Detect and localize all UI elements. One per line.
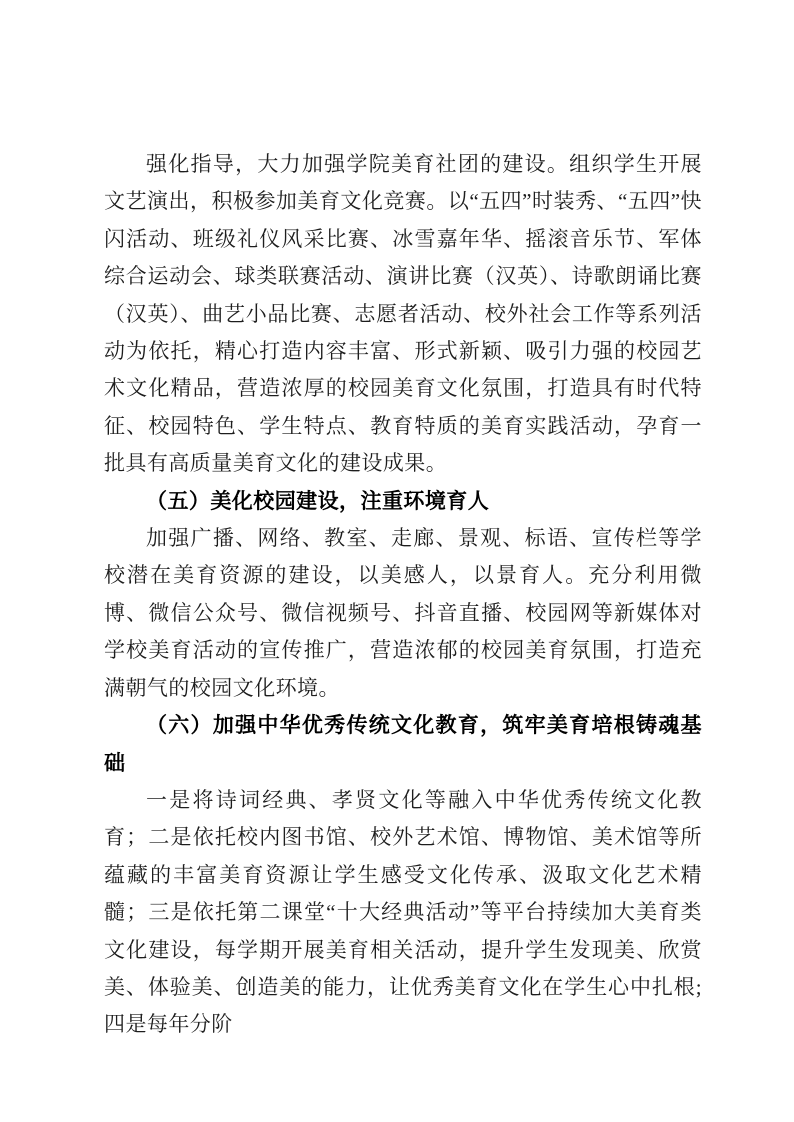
paragraph-continued: 强化指导，大力加强学院美育社团的建设。组织学生开展文艺演出，积极参加美育文化竞赛… (104, 146, 702, 483)
paragraph-continuing: 一是将诗词经典、孝贤文化等融入中华优秀传统文化教育；二是依托校内图书馆、校外艺术… (104, 782, 702, 1044)
document-body: 强化指导，大力加强学院美育社团的建设。组织学生开展文艺演出，积极参加美育文化竞赛… (104, 146, 702, 1044)
section-heading-6: （六）加强中华优秀传统文化教育，筑牢美育培根铸魂基础 (104, 707, 702, 782)
document-page: 强化指导，大力加强学院美育社团的建设。组织学生开展文艺演出，积极参加美育文化竞赛… (0, 0, 794, 1122)
paragraph: 加强广播、网络、教室、走廊、景观、标语、宣传栏等学校潜在美育资源的建设，以美感人… (104, 520, 702, 707)
section-heading-5: （五）美化校园建设，注重环境育人 (104, 483, 702, 520)
